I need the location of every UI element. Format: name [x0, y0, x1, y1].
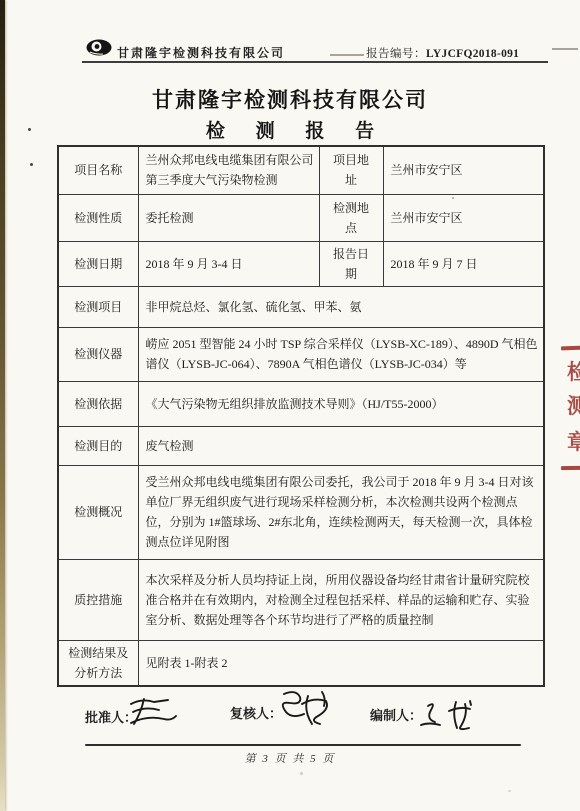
table-row-test-date: 检测日期 2018 年 9 月 3-4 日 报告日期 2018 年 9 月 7 …	[58, 241, 544, 286]
row-label: 检测项目	[58, 286, 138, 327]
row-label: 检测依据	[58, 381, 138, 426]
table-row-purpose: 检测目的 废气检测	[58, 426, 544, 465]
report-number-label: 报告编号：	[366, 48, 426, 60]
row-label: 检测结果及分析方法	[58, 640, 138, 686]
table-row-overview: 检测概况 受兰州众邦电线电缆集团有限公司委托，我公司于 2018 年 9 月 3…	[58, 465, 544, 559]
document-title-report: 检 测 报 告	[0, 116, 580, 143]
row-label: 质控措施	[58, 559, 138, 640]
row-value: 本次采样及分析人员均持证上岗，所用仪器设备均经甘肃省计量研究院校准合格并在有效期…	[138, 559, 544, 640]
row-value: 见附表 1-附表 2	[138, 640, 544, 686]
scan-speck	[508, 790, 511, 792]
row-label: 检测目的	[58, 426, 138, 465]
table-row-results: 检测结果及分析方法 见附表 1-附表 2	[58, 640, 544, 686]
report-info-table: 项目名称 兰州众邦电线电缆集团有限公司第三季度大气污染物检测 项目地址 兰州市安…	[57, 145, 545, 687]
header-company-name: 甘肃隆宇检测科技有限公司	[117, 44, 285, 61]
row-value: 《大气污染物无组织排放监测技术导则》（HJ/T55-2000）	[138, 381, 544, 426]
scan-dash-artifact	[552, 48, 578, 50]
row-label2: 检测地点	[319, 194, 383, 241]
scan-speck	[300, 772, 303, 775]
scan-speck	[30, 163, 33, 166]
seal-character-fragment: 章	[567, 432, 580, 453]
table-row-project-name: 项目名称 兰州众邦电线电缆集团有限公司第三季度大气污染物检测 项目地址 兰州市安…	[58, 146, 544, 194]
table-row-test-items: 检测项目 非甲烷总烃、氯化氢、硫化氢、甲苯、氨	[58, 286, 544, 327]
scan-dash-artifact	[330, 54, 364, 56]
row-label: 检测概况	[58, 465, 138, 559]
compiler-label: 编制人：	[370, 705, 422, 724]
row-label2: 报告日期	[319, 241, 383, 286]
header-rule	[82, 61, 548, 63]
table-row-instruments: 检测仪器 崂应 2051 型智能 24 小时 TSP 综合采样仪（LYSB-XC…	[58, 327, 544, 381]
row-value2: 2018 年 9 月 7 日	[383, 241, 544, 286]
row-label: 检测仪器	[58, 327, 138, 381]
row-label: 检测性质	[58, 194, 138, 241]
report-number: 报告编号：LYJCFQ2018-091	[366, 45, 519, 61]
row-value2: 兰州市安宁区	[383, 194, 544, 241]
row-value: 2018 年 9 月 3-4 日	[138, 241, 319, 286]
scan-speck	[452, 197, 454, 199]
seal-character-fragment: 测	[567, 396, 580, 417]
seal-character-fragment: 检	[567, 362, 580, 383]
row-value: 废气检测	[138, 426, 544, 465]
row-value: 兰州众邦电线电缆集团有限公司第三季度大气污染物检测	[138, 146, 319, 194]
row-value: 崂应 2051 型智能 24 小时 TSP 综合采样仪（LYSB-XC-189）…	[138, 327, 544, 381]
row-value: 非甲烷总烃、氯化氢、硫化氢、甲苯、氨	[138, 286, 544, 327]
row-value2: 兰州市安宁区	[383, 146, 544, 194]
seal-border-bar	[561, 466, 580, 470]
report-page: 甘肃隆宇检测科技有限公司 报告编号：LYJCFQ2018-091 甘肃隆宇检测科…	[0, 0, 580, 811]
report-number-value: LYJCFQ2018-091	[426, 48, 519, 60]
row-label2: 项目地址	[319, 146, 383, 194]
row-label: 检测日期	[58, 241, 138, 286]
seal-border-bar	[561, 346, 580, 351]
seam-seal-fragment: 检 测 章	[560, 338, 580, 480]
table-row-basis: 检测依据 《大气污染物无组织排放监测技术导则》（HJ/T55-2000）	[58, 381, 544, 426]
table-row-test-nature: 检测性质 委托检测 检测地点 兰州市安宁区	[58, 194, 544, 241]
row-label: 项目名称	[58, 146, 138, 194]
footer-rule	[85, 744, 521, 746]
compiler-signature	[418, 698, 476, 739]
row-value: 委托检测	[138, 194, 319, 241]
page-number: 第 3 页 共 5 页	[0, 750, 580, 766]
table-row-qc-measures: 质控措施 本次采样及分析人员均持证上岗，所用仪器设备均经甘肃省计量研究院校准合格…	[58, 559, 544, 640]
scan-speck	[28, 128, 31, 131]
approver-signature	[128, 696, 190, 735]
row-value: 受兰州众邦电线电缆集团有限公司委托，我公司于 2018 年 9 月 3-4 日对…	[138, 465, 544, 559]
reviewer-signature	[274, 688, 336, 739]
company-logo-eye-icon	[86, 39, 112, 61]
document-title-company: 甘肃隆宇检测科技有限公司	[0, 84, 580, 114]
